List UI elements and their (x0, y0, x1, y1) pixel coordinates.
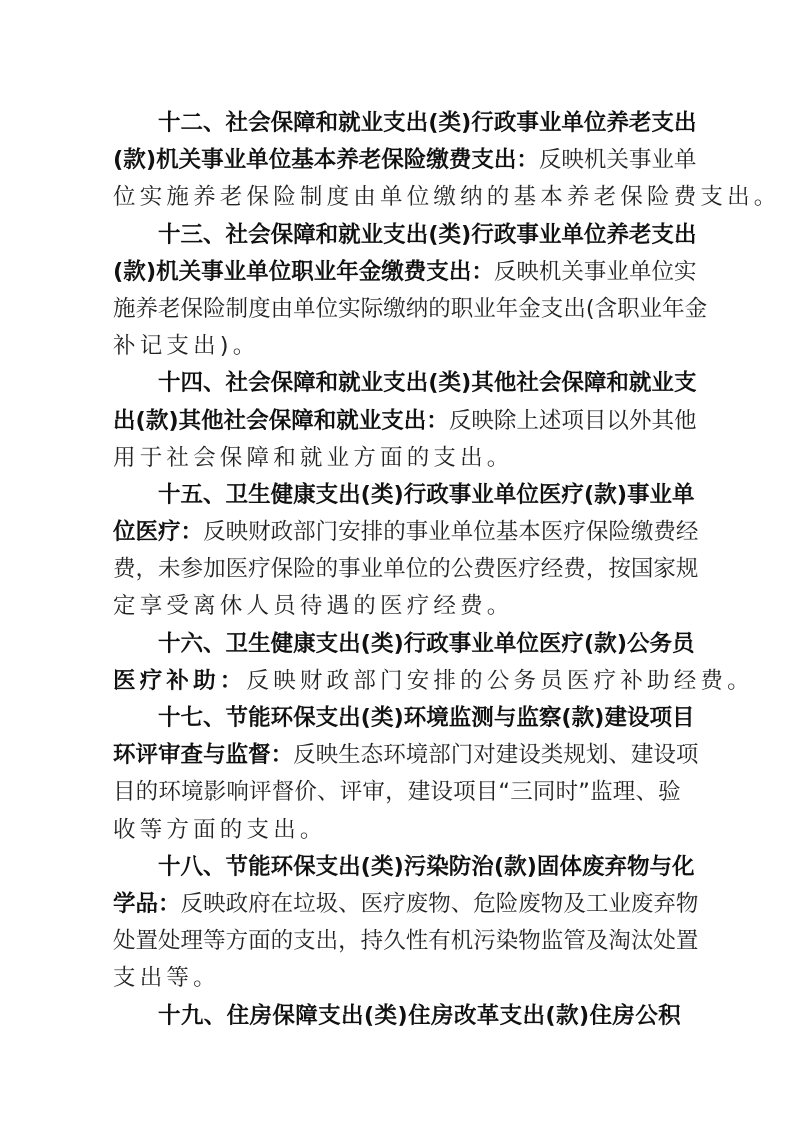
item-description-char: 部 (428, 737, 451, 774)
item-heading-char: 出 (113, 403, 136, 440)
document-body: 十二、社会保障和就业支出(类)行政事业单位养老支出(款)机关事业单位基本养老保险… (113, 105, 681, 1035)
item-description-char: 职 (451, 291, 474, 328)
item-heading-char: 督 (248, 737, 271, 774)
item-heading-char: ( (361, 849, 371, 886)
text-line: 处置处理等方面的支出，持久性有机污染物监管及淘汰处置 (113, 923, 681, 960)
item-description-char: 疗 (518, 551, 541, 588)
item-heading-char: 其 (179, 403, 202, 440)
item-heading-char: 政 (426, 626, 449, 663)
item-description-char: 机 (539, 254, 562, 291)
item-description-char: 安 (338, 514, 361, 551)
item-heading-char: 位 (584, 217, 607, 254)
item-heading-char: 支 (381, 403, 404, 440)
item-heading-char: 保 (271, 105, 294, 142)
item-heading-char: 缴 (381, 254, 404, 291)
item-heading-char: 事 (449, 626, 472, 663)
item-heading-char: 员 (672, 626, 695, 663)
item-heading-char: 六 (181, 626, 204, 663)
item-heading-char: 与 (203, 737, 226, 774)
item-description-char: 监 (541, 923, 564, 960)
item-heading-char: 保 (272, 998, 295, 1035)
item-description-char: 督 (272, 774, 295, 811)
item-heading-char: ) (579, 998, 589, 1035)
item-heading-char: 十 (158, 365, 181, 402)
item-heading-char: 事 (449, 477, 472, 514)
item-heading-char: 障 (293, 217, 316, 254)
item-description-char: 理 (613, 774, 636, 811)
text-line: 出(款)其他社会保障和就业支出：反映除上述项目以外其他 (113, 403, 681, 440)
item-heading-char: 和 (606, 365, 629, 402)
item-heading-char: 节 (226, 849, 249, 886)
item-heading-char: 十 (158, 217, 181, 254)
item-heading-char: 单 (561, 217, 584, 254)
item-description-char: 审 (362, 774, 385, 811)
item-heading-char: 就 (629, 365, 652, 402)
item-heading-char: 、 (203, 217, 226, 254)
item-heading-char: 会 (246, 403, 269, 440)
item-heading-char: 障 (584, 365, 607, 402)
item-heading-char: ： (271, 737, 294, 774)
item-description-char: 保 (181, 291, 204, 328)
item-description-char: 映 (226, 514, 249, 551)
item-heading-char: ) (461, 217, 471, 254)
paragraph-item-17: 十七、节能环保支出(类)环境监测与监察(款)建设项目环评审查与监督：反映生态环境… (113, 700, 681, 849)
item-description-char: 其 (651, 403, 674, 440)
item-description-char: 述 (539, 403, 562, 440)
item-description-char: 目 (113, 774, 136, 811)
item-description-char: 物 (676, 886, 699, 923)
item-heading-char: 费 (449, 142, 472, 179)
text-line: 环评审查与监督：反映生态环境部门对建设类规划、建设项 (113, 737, 681, 774)
item-heading-char: 出 (404, 403, 427, 440)
item-heading-char: 与 (494, 700, 517, 737)
item-heading-char: 职 (291, 254, 314, 291)
item-heading-char: 生 (248, 477, 271, 514)
item-heading-char: 位 (516, 477, 539, 514)
item-heading-char: ( (494, 849, 504, 886)
text-line: 医疗补助：反映财政部门安排的公务员医疗补助经费。 (113, 663, 681, 700)
item-heading-char: 业 (539, 217, 562, 254)
item-heading-char: 政 (494, 217, 517, 254)
item-heading-char: 支 (316, 626, 339, 663)
text-line: 学品：反映政府在垃圾、医疗废物、危险废物及工业废弃物 (113, 886, 681, 923)
item-description-char: 业 (428, 514, 451, 551)
item-description-char: 部 (293, 514, 316, 551)
item-heading-char: 房 (250, 998, 273, 1035)
item-description-char: 含 (595, 291, 618, 328)
item-heading-char: ) (146, 142, 156, 179)
item-heading-char: ( (561, 700, 571, 737)
item-description-char: 事 (629, 142, 652, 179)
item-description-char: 评 (340, 774, 363, 811)
item-heading-char: 房 (612, 998, 635, 1035)
item-heading-char: 医 (539, 626, 562, 663)
item-description-char: ( (586, 291, 595, 328)
item-description-char: 的 (428, 291, 451, 328)
item-heading-char: 九 (181, 998, 204, 1035)
item-heading-char: 住 (227, 998, 250, 1035)
item-heading-char: 支 (651, 105, 674, 142)
item-description-char: 废 (518, 886, 541, 923)
item-heading-char: 建 (604, 700, 627, 737)
item-heading-char: 支 (500, 998, 523, 1035)
item-description-char: 家 (653, 551, 676, 588)
item-description-char: 目 (584, 403, 607, 440)
item-description-char: 门 (316, 514, 339, 551)
item-heading-char: 出 (406, 105, 429, 142)
item-description-char: 淘 (608, 923, 631, 960)
item-description-char: 环 (383, 737, 406, 774)
item-description-char: 年 (496, 291, 519, 328)
item-description-char: 单 (383, 551, 406, 588)
item-description-char: 关 (561, 254, 584, 291)
item-description-char: 、 (338, 886, 361, 923)
item-heading-char: 保 (561, 365, 584, 402)
item-heading-char: 公 (635, 998, 658, 1035)
item-heading-char: 就 (338, 217, 361, 254)
item-heading-char: 事 (201, 142, 224, 179)
item-heading-char: 治 (471, 849, 494, 886)
item-heading-char: 业 (224, 142, 247, 179)
item-description-char: 保 (271, 551, 294, 588)
item-description-char: 的 (136, 774, 159, 811)
item-description-char: 金 (518, 291, 541, 328)
item-description-char: 同 (533, 774, 556, 811)
item-heading-char: 类 (371, 477, 394, 514)
item-heading-char: 能 (248, 849, 271, 886)
item-description-char: 单 (629, 254, 652, 291)
item-heading-char: 品 (136, 886, 159, 923)
item-heading-char: ) (617, 626, 627, 663)
item-heading-char: 类 (371, 626, 394, 663)
item-heading-char: ) (393, 849, 403, 886)
item-heading-char: 老 (359, 142, 382, 179)
item-description-char: 未 (158, 551, 181, 588)
item-description-char: 位 (473, 514, 496, 551)
item-description-char: 价 (294, 774, 317, 811)
item-description-char: 反 (494, 254, 517, 291)
item-heading-char: 监 (449, 700, 472, 737)
item-description-char: 管 (563, 923, 586, 960)
item-description-char: 单 (674, 142, 697, 179)
item-heading-char: 出 (338, 849, 361, 886)
item-description-char: 环 (158, 774, 181, 811)
item-description-char: 单 (293, 291, 316, 328)
item-heading-char: 五 (181, 477, 204, 514)
item-description-char: “ (498, 774, 510, 811)
item-description-char: 支 (293, 923, 316, 960)
item-heading-char: ： (426, 403, 449, 440)
item-heading-char: 物 (627, 849, 650, 886)
item-heading-char: 会 (248, 105, 271, 142)
item-description-char: 项 (453, 774, 476, 811)
item-description-char: 类 (541, 737, 564, 774)
item-heading-char: ： (158, 886, 181, 923)
item-heading-char: 金 (359, 254, 382, 291)
item-heading-char: 出 (674, 217, 697, 254)
item-description-char: 位 (406, 551, 429, 588)
item-description-char: 政 (271, 514, 294, 551)
item-heading-char: 障 (293, 105, 316, 142)
item-heading-char: 本 (314, 142, 337, 179)
item-heading-char: 类 (371, 700, 394, 737)
document-page: 十二、社会保障和就业支出(类)行政事业单位养老支出(款)机关事业单位基本养老保险… (0, 0, 793, 1122)
item-heading-char: ) (168, 403, 178, 440)
item-description-char: 设 (430, 774, 453, 811)
paragraph-item-18: 十八、节能环保支出(类)污染防治(款)固体废弃物与化学品：反映政府在垃圾、医疗废… (113, 849, 681, 998)
item-description-char: 的 (428, 551, 451, 588)
item-heading-char: ) (617, 477, 627, 514)
item-description-char: 业 (651, 142, 674, 179)
item-heading-char: 出 (338, 700, 361, 737)
item-heading-char: 关 (179, 142, 202, 179)
item-heading-char: 位 (113, 514, 136, 551)
item-heading-char: ( (361, 477, 371, 514)
item-heading-char: 四 (181, 365, 204, 402)
item-heading-char: 就 (336, 403, 359, 440)
item-heading-char: 染 (426, 849, 449, 886)
item-heading-char: 保 (269, 403, 292, 440)
item-description-char: 职 (617, 291, 640, 328)
item-heading-char: 社 (226, 365, 249, 402)
item-description-text: 收等方面的支出。 (113, 812, 327, 849)
item-description-char: 态 (361, 737, 384, 774)
item-heading-char: 行 (404, 477, 427, 514)
item-heading-char: 、 (203, 365, 226, 402)
item-description-char: 疗 (383, 886, 406, 923)
item-heading-char: 社 (516, 365, 539, 402)
item-heading-char: 行 (404, 626, 427, 663)
item-heading-char: 支 (383, 105, 406, 142)
text-line: 用于社会保障和就业方面的支出。 (113, 440, 681, 477)
item-heading-char: 体 (559, 849, 582, 886)
item-description-text: 支出等。 (113, 960, 220, 997)
item-heading-char: 单 (672, 477, 695, 514)
item-description-char: 外 (629, 403, 652, 440)
item-heading-char: 目 (672, 700, 695, 737)
item-description-char: 事 (338, 551, 361, 588)
text-line: 十六、卫生健康支出(类)行政事业单位医疗(款)公务员 (113, 626, 681, 663)
item-description-char: 缴 (383, 291, 406, 328)
item-heading-char: 款 (504, 849, 527, 886)
item-description-char: 施 (113, 291, 136, 328)
item-heading-char: 缴 (426, 142, 449, 179)
item-description-char: 医 (226, 551, 249, 588)
item-heading-char: 固 (537, 849, 560, 886)
paragraph-item-14: 十四、社会保障和就业支出(类)其他社会保障和就业支出(款)其他社会保障和就业支出… (113, 365, 681, 477)
item-description-char: 经 (541, 551, 564, 588)
item-heading-char: ) (527, 849, 537, 886)
item-heading-char: 环 (271, 849, 294, 886)
item-heading-char: 养 (606, 105, 629, 142)
item-heading-char: 业 (471, 477, 494, 514)
item-description-char: 关 (606, 142, 629, 179)
item-heading-char: ) (594, 700, 604, 737)
item-heading-char: 业 (224, 254, 247, 291)
item-description-char: 的 (383, 514, 406, 551)
item-description-char: 政 (226, 886, 249, 923)
item-heading-char: 防 (449, 849, 472, 886)
item-heading-char: 出 (338, 626, 361, 663)
item-description-char: 弃 (653, 886, 676, 923)
item-description-char: ， (136, 551, 159, 588)
item-heading-char: 位 (584, 105, 607, 142)
item-heading-char: 保 (381, 142, 404, 179)
item-heading-char: 单 (246, 142, 269, 179)
item-heading-char: 革 (477, 998, 500, 1035)
item-heading-char: 支 (383, 365, 406, 402)
item-description-char: 性 (406, 923, 429, 960)
item-heading-char: 政 (426, 477, 449, 514)
item-description-char: 目 (476, 774, 499, 811)
item-heading-char: 会 (248, 365, 271, 402)
item-description-char: 实 (674, 254, 697, 291)
item-description-char: 事 (584, 254, 607, 291)
item-heading-char: 、 (203, 477, 226, 514)
item-heading-char: 事 (627, 477, 650, 514)
item-heading-char: 察 (539, 700, 562, 737)
item-description-char: 境 (406, 737, 429, 774)
item-description-char: 业 (361, 551, 384, 588)
item-heading-char: 十 (158, 700, 181, 737)
item-heading-char: 社 (226, 217, 249, 254)
item-description-char: 面 (248, 923, 271, 960)
item-description-char: 等 (203, 923, 226, 960)
item-heading-char: 保 (271, 217, 294, 254)
item-heading-char: ： (471, 254, 494, 291)
item-heading-char: 项 (650, 700, 673, 737)
item-description-char: 医 (496, 551, 519, 588)
item-heading-char: 监 (226, 737, 249, 774)
item-heading-char: 评 (136, 737, 159, 774)
item-heading-char: 他 (494, 365, 517, 402)
item-heading-char: 、 (203, 626, 226, 663)
item-heading-char: ) (393, 477, 403, 514)
item-heading-char: 十 (158, 626, 181, 663)
item-description-char: 国 (631, 551, 654, 588)
text-line: 定享受离休人员待遇的医疗经费。 (113, 588, 681, 625)
item-heading-char: 业 (539, 105, 562, 142)
item-description-char: 保 (586, 514, 609, 551)
item-heading-char: 和 (314, 403, 337, 440)
item-description-char: 处 (653, 923, 676, 960)
item-description-text: 定享受离休人员待遇的医疗经费。 (113, 588, 514, 625)
item-heading-char: 类 (375, 998, 398, 1035)
item-heading-char: 和 (316, 365, 339, 402)
item-description-char: 、 (608, 737, 631, 774)
item-description-char: 疗 (563, 514, 586, 551)
item-description-char: 对 (473, 737, 496, 774)
item-description-char: 评 (249, 774, 272, 811)
item-heading-char: 机 (156, 142, 179, 179)
item-heading-char: 款 (572, 700, 595, 737)
item-heading-char: ( (545, 998, 555, 1035)
item-heading-char: 测 (471, 700, 494, 737)
item-heading-char: 房 (431, 998, 454, 1035)
item-description-char: 实 (338, 291, 361, 328)
item-heading-char: ( (428, 365, 438, 402)
item-description-char: 反 (449, 403, 472, 440)
item-heading-char: 支 (651, 217, 674, 254)
item-heading-char: 事 (516, 217, 539, 254)
item-heading-char: 出 (338, 477, 361, 514)
item-description-char: 机 (584, 142, 607, 179)
item-heading-char: 位 (269, 142, 292, 179)
item-heading-char: 行 (471, 217, 494, 254)
item-description-char: 垃 (293, 886, 316, 923)
item-heading-char: ( (361, 626, 371, 663)
item-heading-char: ) (461, 105, 471, 142)
text-line: 十二、社会保障和就业支出(类)行政事业单位养老支出 (113, 105, 681, 142)
item-heading-char: 类 (438, 105, 461, 142)
item-heading-char: 八 (181, 849, 204, 886)
item-heading-char: 老 (629, 217, 652, 254)
item-description-char: 持 (361, 923, 384, 960)
item-heading-char: 年 (336, 254, 359, 291)
item-description-char: 金 (685, 291, 708, 328)
item-heading-char: 社 (224, 403, 247, 440)
item-heading-char: 业 (361, 217, 384, 254)
item-description-char: 久 (383, 923, 406, 960)
item-heading-char: 医 (539, 477, 562, 514)
item-heading-char: 保 (293, 849, 316, 886)
item-description-char: ” (578, 774, 590, 811)
item-heading-char: 出 (674, 105, 697, 142)
item-heading-char: 支 (674, 365, 697, 402)
item-description-char: 反 (181, 886, 204, 923)
item-heading-char: 支 (316, 700, 339, 737)
item-heading-char: 生 (248, 626, 271, 663)
item-heading-char: 住 (590, 998, 613, 1035)
item-heading-char: 款 (146, 403, 169, 440)
item-description-char: 疗 (248, 551, 271, 588)
item-heading-char: ( (364, 998, 374, 1035)
item-description-char: 危 (473, 886, 496, 923)
item-heading-char: 疗 (561, 626, 584, 663)
item-heading-char: 学 (113, 886, 136, 923)
item-description-char: 映 (516, 254, 539, 291)
item-heading-char: 业 (650, 477, 673, 514)
item-description-char: 纳 (406, 291, 429, 328)
item-heading-char: 、 (203, 849, 226, 886)
item-description-char: 反 (203, 514, 226, 551)
text-line: 位实施养老保险制度由单位缴纳的基本养老保险费支出。 (113, 179, 681, 216)
item-heading-char: 单 (494, 626, 517, 663)
item-heading-char: 环 (113, 737, 136, 774)
item-description-char: 及 (586, 923, 609, 960)
item-heading-char: 、 (203, 105, 226, 142)
item-heading-char: 卫 (226, 626, 249, 663)
item-description-char: 出 (316, 923, 339, 960)
item-heading-char: ( (361, 700, 371, 737)
item-heading-char: 支 (318, 998, 341, 1035)
item-heading-char: 政 (494, 105, 517, 142)
item-heading-char: 其 (471, 365, 494, 402)
item-description-char: 设 (653, 737, 676, 774)
item-heading-char: 废 (582, 849, 605, 886)
item-description-char: 制 (226, 291, 249, 328)
item-description-char: 老 (158, 291, 181, 328)
item-heading-char: 款 (556, 998, 579, 1035)
item-description-char: 费 (113, 551, 136, 588)
item-heading-char: ( (113, 142, 123, 179)
item-description-char: 由 (271, 291, 294, 328)
item-heading-char: 境 (426, 700, 449, 737)
item-heading-char: 康 (293, 477, 316, 514)
item-heading-char: 住 (408, 998, 431, 1035)
item-heading-char: 支 (383, 217, 406, 254)
item-description-char: 的 (271, 923, 294, 960)
